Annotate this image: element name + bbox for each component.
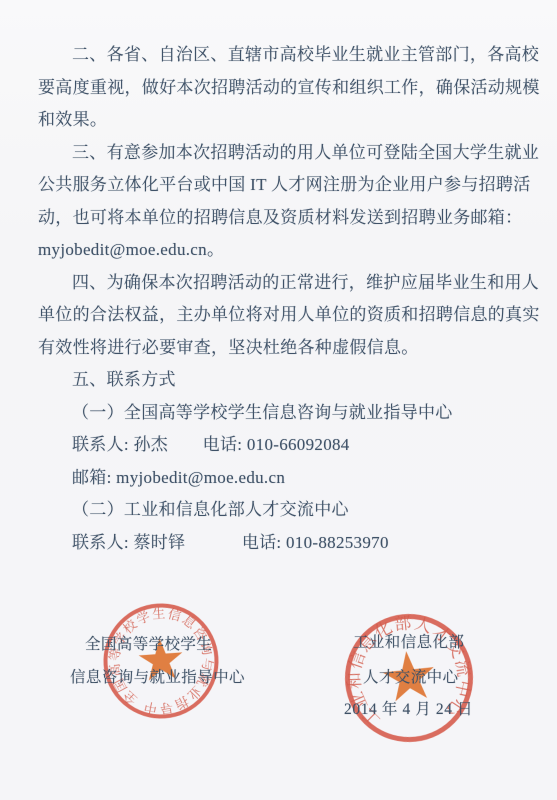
doc-line-12-org1: （一）全国高等学校学生信息咨询与就业指导中心	[38, 397, 544, 430]
right-signer-line-2: 人才交流中心	[363, 668, 458, 688]
document-body: 二、各省、自治区、直辖市高校毕业生就业主管部门，各高校 要高度重视，做好本次招聘…	[38, 39, 544, 559]
doc-line-9: 单位的合法权益，主办单位将对用人单位的资质和招聘信息的真实	[38, 299, 544, 332]
doc-line-7-email: myjobedit@moe.edu.cn。	[38, 234, 544, 267]
document-date: 2014 年 4 月 24 日	[344, 700, 473, 720]
doc-line-3: 和效果。	[38, 104, 544, 137]
doc-line-1: 二、各省、自治区、直辖市高校毕业生就业主管部门，各高校	[38, 39, 544, 72]
doc-line-6: 动，也可将本单位的招聘信息及资质材料发送到招聘业务邮箱：	[38, 202, 544, 235]
doc-line-14-contact1-email: 邮箱: myjobedit@moe.edu.cn	[38, 462, 544, 495]
doc-line-8: 四、为确保本次招聘活动的正常进行，维护应届毕业生和用人	[38, 267, 544, 300]
doc-line-13-contact1-phone: 联系人: 孙杰 电话: 010-66092084	[38, 429, 544, 462]
doc-line-5: 公共服务立体化平台或中国 IT 人才网注册为企业用户参与招聘活	[38, 169, 544, 202]
scanned-notice-page: 二、各省、自治区、直辖市高校毕业生就业主管部门，各高校 要高度重视，做好本次招聘…	[0, 0, 557, 800]
left-signer-line-1: 全国高等学校学生	[85, 635, 212, 655]
left-signer-line-2: 信息咨询与就业指导中心	[70, 668, 245, 688]
doc-line-15-org2: （二）工业和信息化部人才交流中心	[38, 494, 544, 527]
doc-line-11-contact-heading: 五、联系方式	[38, 364, 544, 397]
doc-line-10: 有效性将进行必要审查，坚决杜绝各种虚假信息。	[38, 332, 544, 365]
right-signer-line-1: 工业和信息化部	[353, 633, 464, 653]
doc-line-4: 三、有意参加本次招聘活动的用人单位可登陆全国大学生就业	[38, 137, 544, 170]
left-official-seal: 全国高等学校学生信息咨询与就业指导中心	[98, 598, 224, 724]
doc-line-2: 要高度重视，做好本次招聘活动的宣传和组织工作，确保活动规模	[38, 72, 544, 105]
doc-line-16-contact2-phone: 联系人: 蔡时铎 电话: 010-88253970	[38, 527, 544, 560]
